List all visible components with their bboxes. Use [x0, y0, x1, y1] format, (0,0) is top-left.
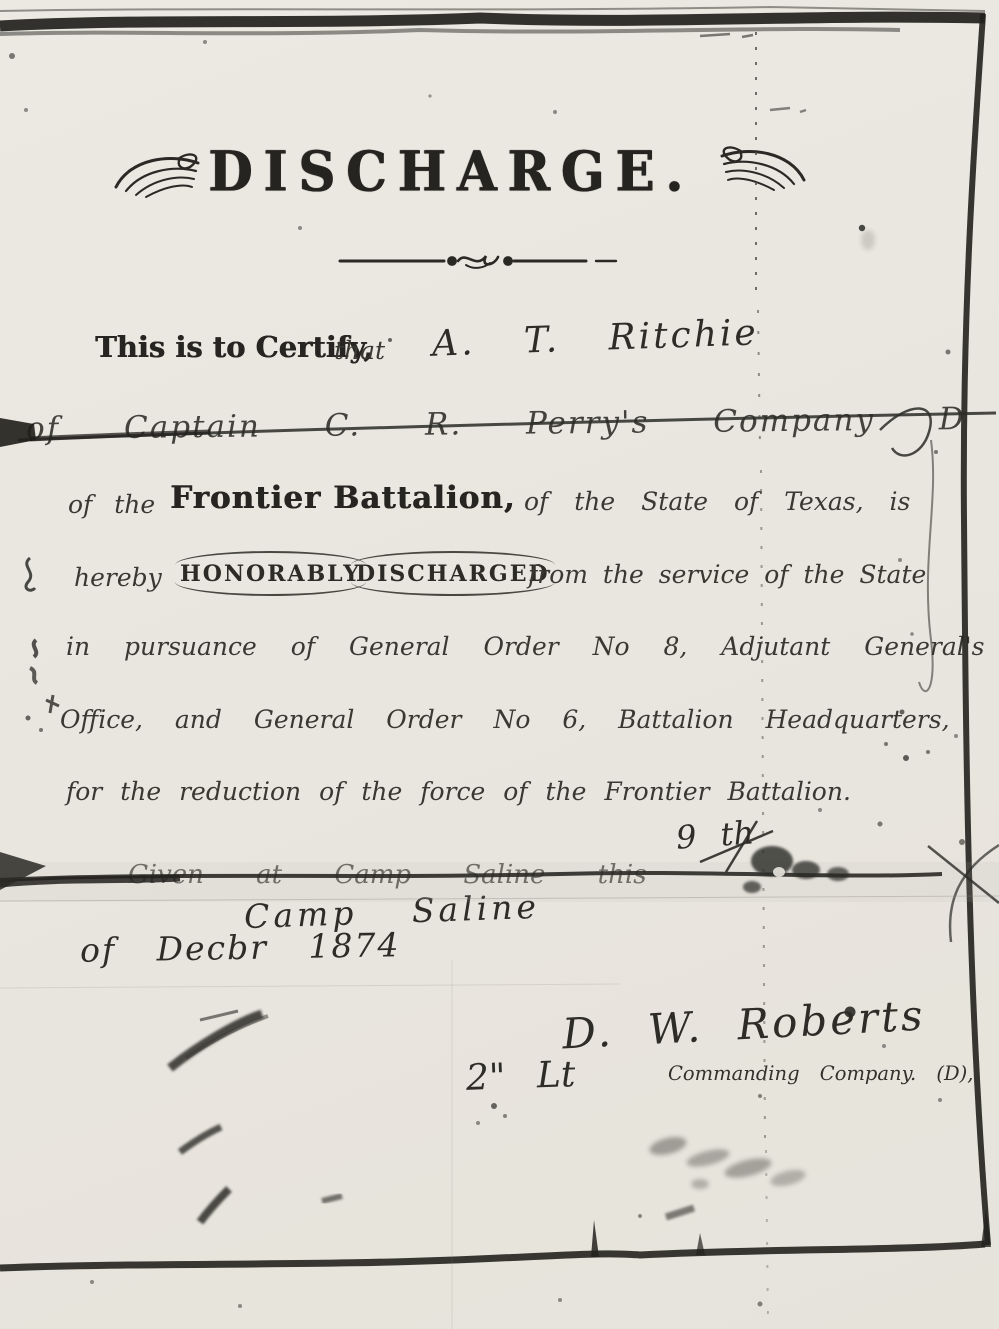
header-flourish-right-icon [716, 140, 808, 194]
honorably-word: HONORABLY [180, 561, 361, 587]
hereby-script: hereby [74, 563, 162, 592]
given-line: Given at Camp Saline this [128, 860, 647, 890]
discharged-word: DISCHARGED [356, 561, 550, 587]
company-line-handwritten: of Captain C. R. Perry's Company D [26, 401, 966, 447]
signature-handwritten: D. W. Roberts [561, 991, 927, 1059]
header-flourish-left-icon [112, 147, 204, 201]
page-title: DISCHARGE. [208, 140, 694, 205]
order-line-3: for the reduction of the force of the Fr… [66, 777, 851, 806]
rank-handwritten: 2" Lt [465, 1054, 576, 1099]
order-line-2: Office, and General Order No 6, Battalio… [60, 705, 950, 734]
certify-lead: This is to Certify, [95, 330, 373, 364]
discharge-post: from the service of the State [528, 560, 926, 589]
document-text-layer: DISCHARGE. This is to [0, 0, 999, 1329]
commanding-company-line: Commanding Company. (D), [668, 1062, 973, 1085]
frontier-post: of the State of Texas, is [524, 487, 910, 516]
frontier-pre: of the [68, 490, 155, 519]
frontier-battalion-bold: Frontier Battalion, [170, 480, 516, 516]
soldier-name-handwritten: A. T. Ritchie [431, 312, 759, 364]
certify-connector: that [334, 336, 385, 365]
day-handwritten: 9 th [675, 813, 755, 856]
date-handwritten: of Decbr 1874 [80, 925, 401, 970]
paper: DISCHARGE. This is to [0, 0, 999, 1329]
header-divider-icon [338, 248, 620, 272]
order-line-1: in pursuance of General Order No 8, Adju… [66, 632, 984, 661]
